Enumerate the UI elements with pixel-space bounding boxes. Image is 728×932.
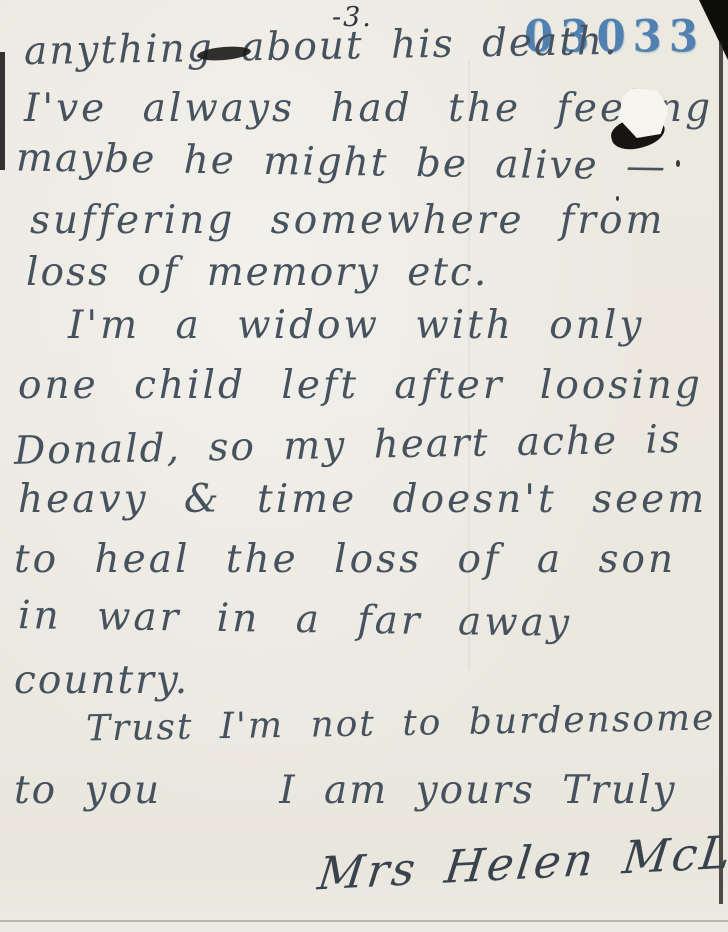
handwritten-line: anything about his death. [24, 19, 619, 74]
paper-bottom-edge [0, 920, 728, 922]
scan-edge-left [0, 52, 5, 170]
closing-line: to youI am yours Truly [14, 768, 677, 813]
handwritten-line: to heal the loss of a son [14, 537, 676, 582]
handwritten-line: Trust I'm not to burdensome [86, 698, 716, 750]
ink-speck [616, 196, 619, 201]
ink-speck [676, 160, 680, 167]
closing-left: to you [14, 768, 161, 813]
handwritten-line: I've always had the feeling [24, 86, 713, 131]
handwritten-line: suffering somewhere from [30, 198, 665, 243]
handwritten-line: Donald, so my heart ache is [14, 417, 683, 474]
closing-right: I am yours Truly [279, 768, 676, 813]
handwritten-line: loss of memory etc. [26, 250, 488, 295]
scan-edge-right [719, 42, 723, 904]
signature: Mrs Helen McLeod [315, 821, 728, 901]
handwritten-line: one child left after loosing [18, 363, 703, 408]
handwritten-line: maybe he might be alive — [16, 135, 668, 189]
handwritten-line: heavy & time doesn't seem [18, 477, 707, 522]
letter-page: 03033 -3. anything about his death. I've… [0, 0, 728, 932]
handwritten-line: in war in a far away [18, 593, 573, 646]
handwritten-line: I'm a widow with only [68, 303, 644, 348]
handwritten-line: country. [14, 658, 189, 703]
